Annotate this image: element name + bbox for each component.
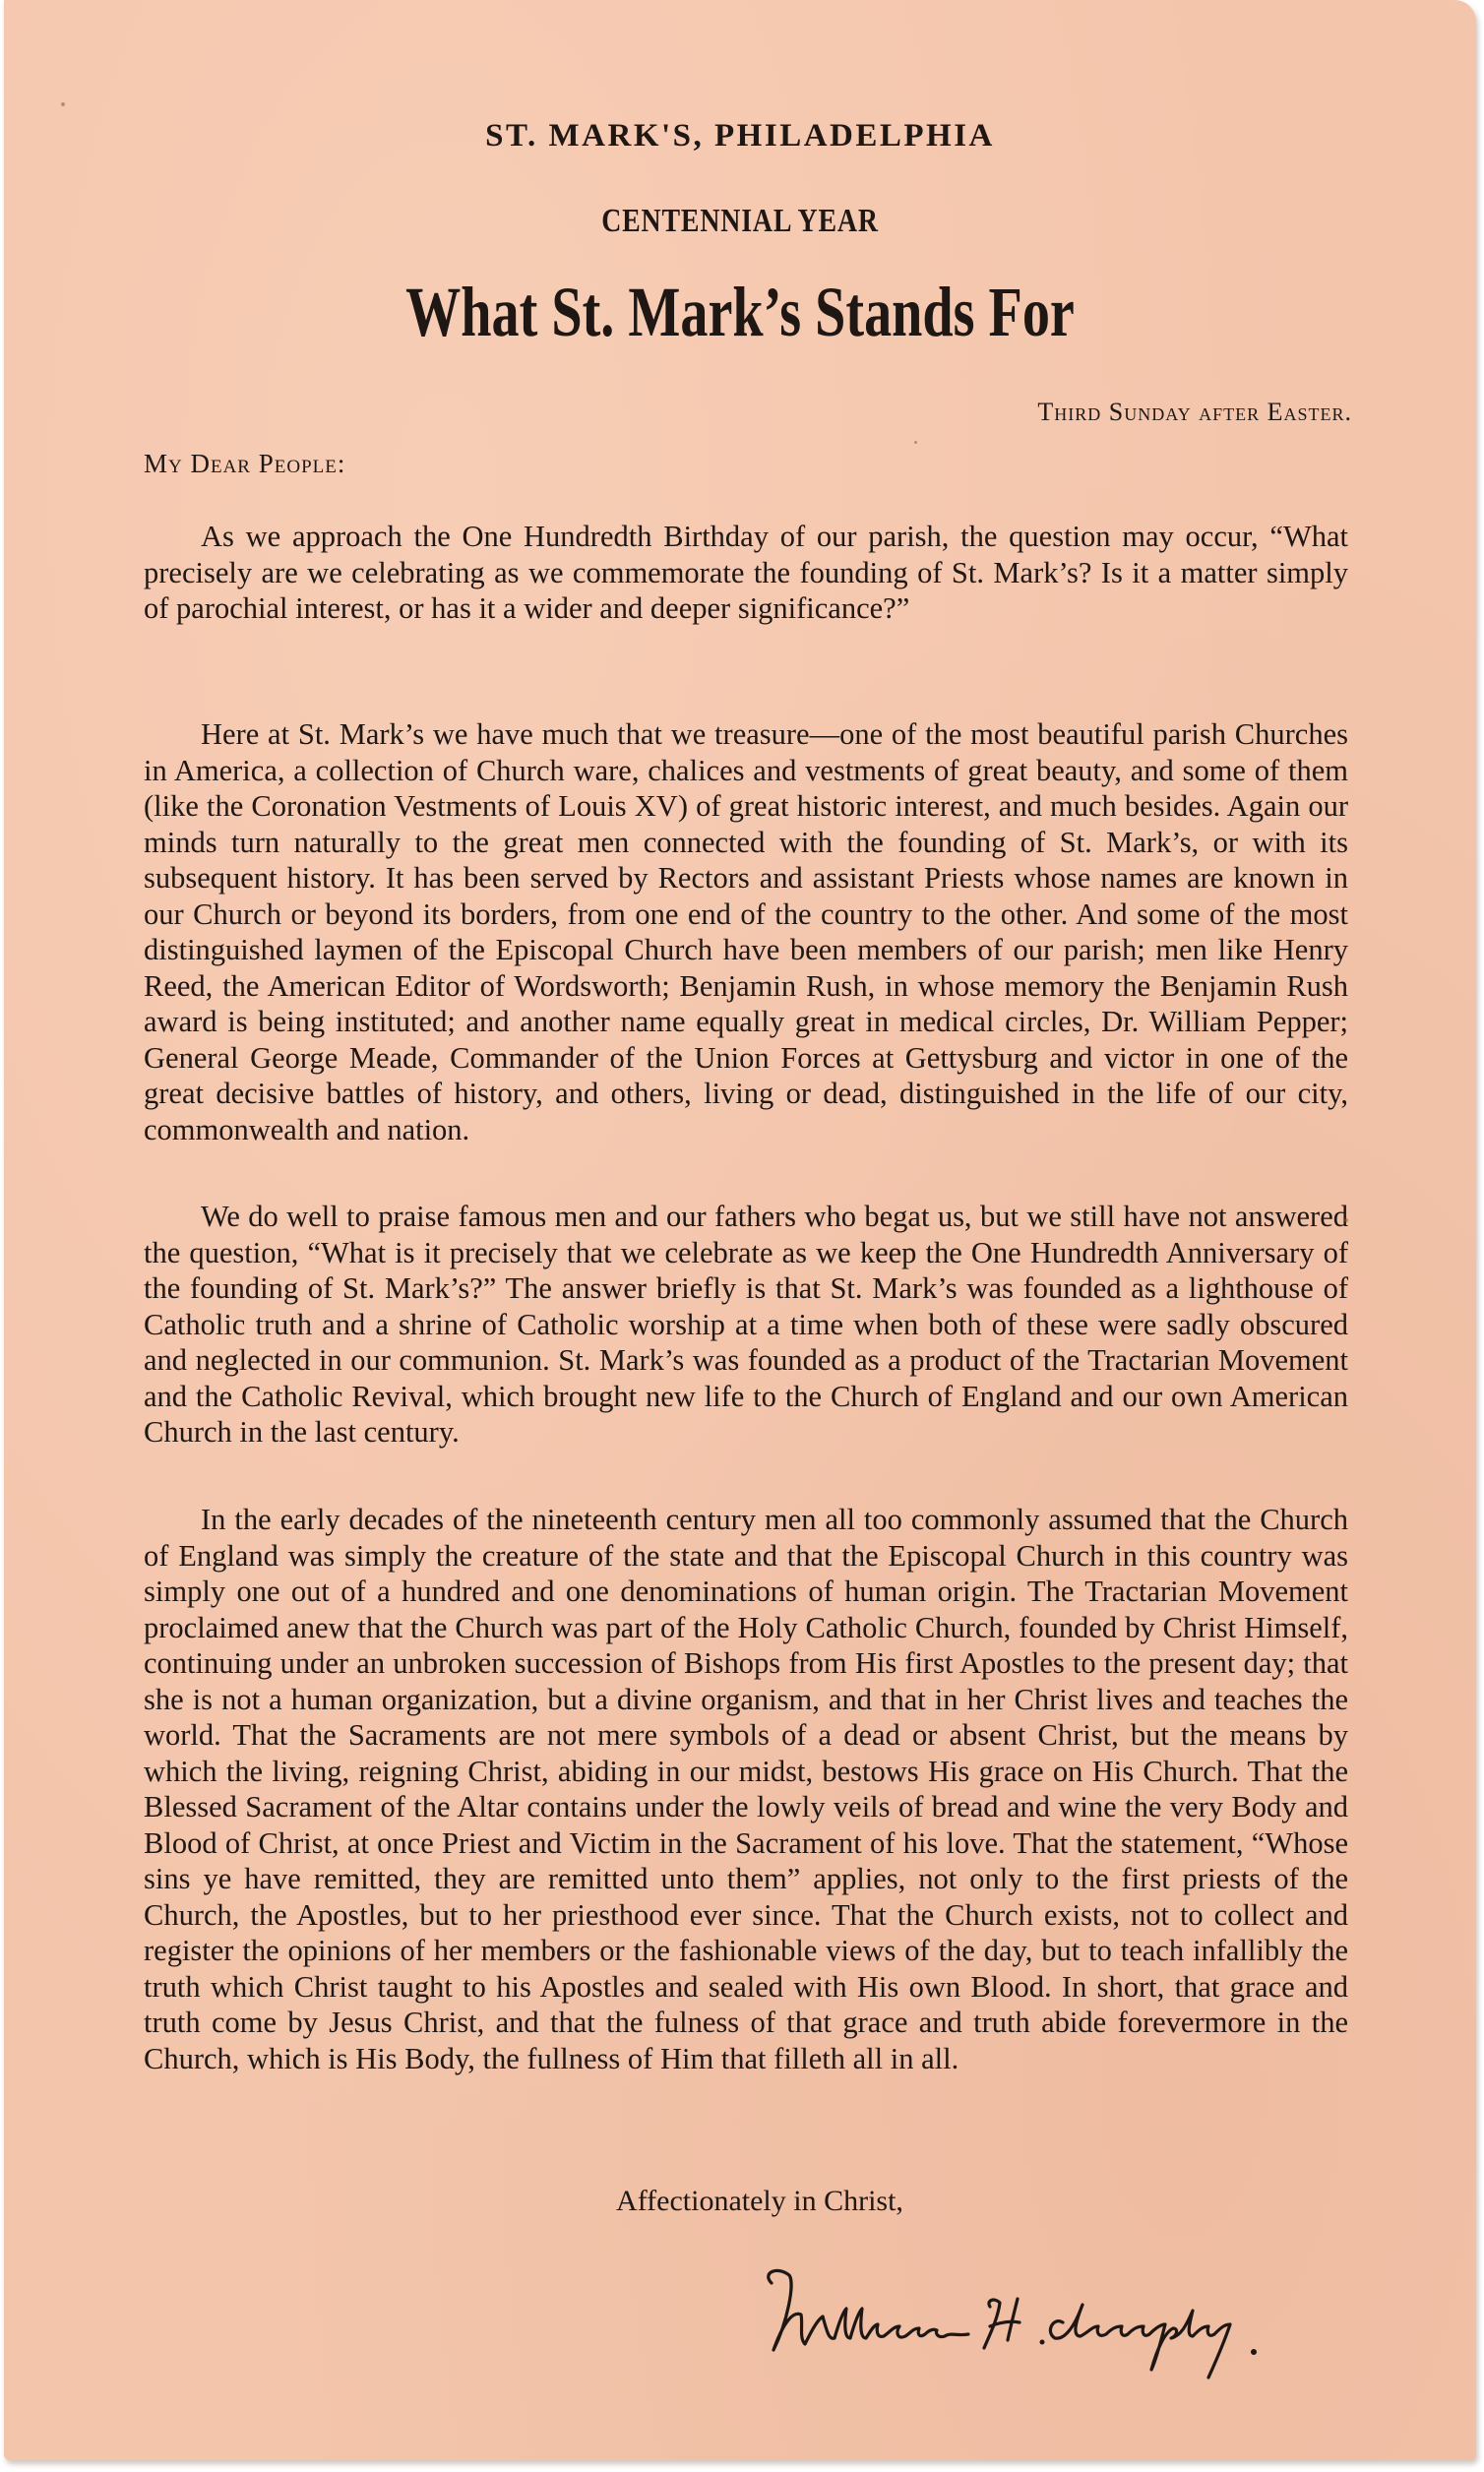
paragraph: We do well to praise famous men and our … <box>144 1199 1348 1451</box>
page-title: What St. Mark’s Stands For <box>166 272 1315 353</box>
paper-speck <box>1344 1218 1348 1222</box>
letter-page: ST. MARK'S, PHILADELPHIA CENTENNIAL YEAR… <box>4 0 1476 2460</box>
subheading: CENTENNIAL YEAR <box>137 203 1344 240</box>
paragraph: Here at St. Mark’s we have much that we … <box>144 716 1348 1147</box>
paper-speck <box>914 441 917 444</box>
paragraph: In the early decades of the nineteenth c… <box>144 1502 1348 2076</box>
organization-heading: ST. MARK'S, PHILADELPHIA <box>4 118 1476 154</box>
paragraph: As we approach the One Hundredth Birthda… <box>144 519 1348 627</box>
salutation: My Dear People: <box>144 449 345 479</box>
signature-icon <box>732 2254 1323 2381</box>
signature: William H. Dunphy. <box>732 2254 1323 2381</box>
dateline: Third Sunday after Easter. <box>1037 398 1352 427</box>
paper-speck <box>61 102 65 106</box>
closing: Affectionately in Christ, <box>4 2185 1476 2218</box>
